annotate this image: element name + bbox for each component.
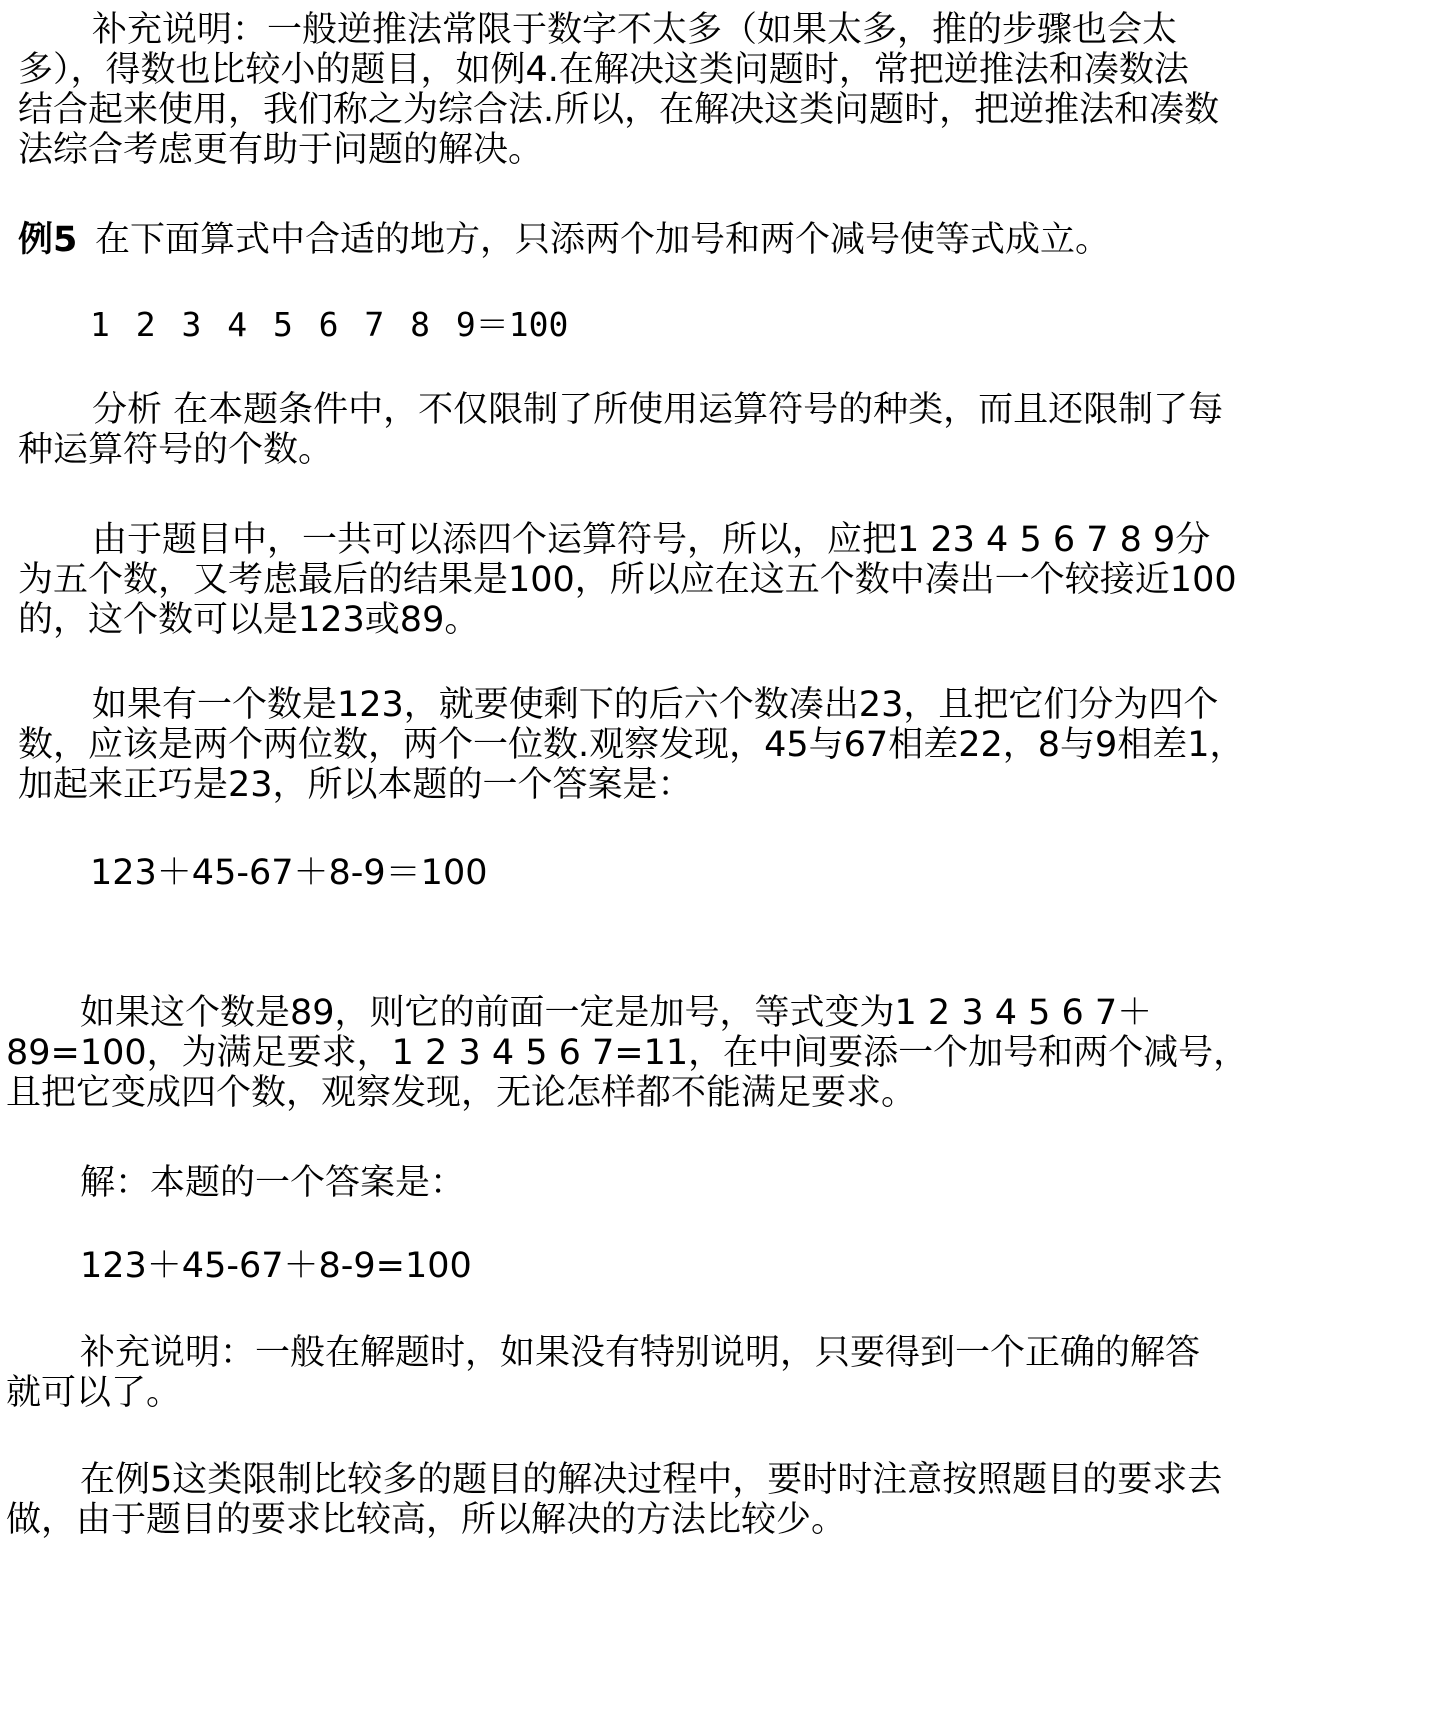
text-line: 多），得数也比较小的题目，如例4.在解决这类问题时，常把逆推法和凑数法 [18, 50, 1189, 90]
text-line: 在下面算式中合适的地方，只添两个加号和两个减号使等式成立。 [95, 220, 1110, 260]
text-line: 如果这个数是89，则它的前面一定是加号，等式变为1 2 3 4 5 6 7＋ [80, 993, 1152, 1033]
text-line: 加起来正巧是23，所以本题的一个答案是： [18, 765, 693, 805]
text-line: 结合起来使用，我们称之为综合法.所以，在解决这类问题时，把逆推法和凑数 [18, 90, 1219, 130]
equation-line: 123＋45-67＋8-9＝100 [90, 853, 487, 893]
text-line: 种运算符号的个数。 [18, 430, 333, 470]
text-line: 分析 在本题条件中，不仅限制了所使用运算符号的种类，而且还限制了每 [92, 390, 1223, 430]
example-label: 例5 [18, 220, 77, 260]
text-line: 数，应该是两个两位数，两个一位数.观察发现，45与67相差22，8与9相差1， [18, 725, 1245, 765]
text-line: 做，由于题目的要求比较高，所以解决的方法比较少。 [6, 1500, 846, 1540]
text-line: 如果有一个数是123，就要使剩下的后六个数凑出23，且把它们分为四个 [92, 685, 1218, 725]
text-line: 89=100，为满足要求，1 2 3 4 5 6 7=11，在中间要添一个加号和… [6, 1033, 1248, 1073]
text-line: 补充说明：一般在解题时，如果没有特别说明，只要得到一个正确的解答 [80, 1333, 1200, 1373]
text-line: 解：本题的一个答案是： [80, 1163, 465, 1203]
text-line: 由于题目中，一共可以添四个运算符号，所以，应把1 23 4 5 6 7 8 9分 [92, 520, 1210, 560]
equation-line: 1 2 3 4 5 6 7 8 9＝100 [90, 305, 568, 345]
text-line: 就可以了。 [6, 1373, 181, 1413]
text-line: 补充说明：一般逆推法常限于数字不太多（如果太多，推的步骤也会太 [92, 10, 1177, 50]
text-line: 为五个数，又考虑最后的结果是100，所以应在这五个数中凑出一个较接近100 [18, 560, 1237, 600]
text-line: 法综合考虑更有助于问题的解决。 [18, 130, 543, 170]
text-line: 且把它变成四个数，观察发现，无论怎样都不能满足要求。 [6, 1073, 916, 1113]
equation-line: 123＋45-67＋8-9=100 [80, 1246, 472, 1286]
text-line: 在例5这类限制比较多的题目的解决过程中，要时时注意按照题目的要求去 [80, 1460, 1222, 1500]
text-line: 的，这个数可以是123或89。 [18, 600, 479, 640]
